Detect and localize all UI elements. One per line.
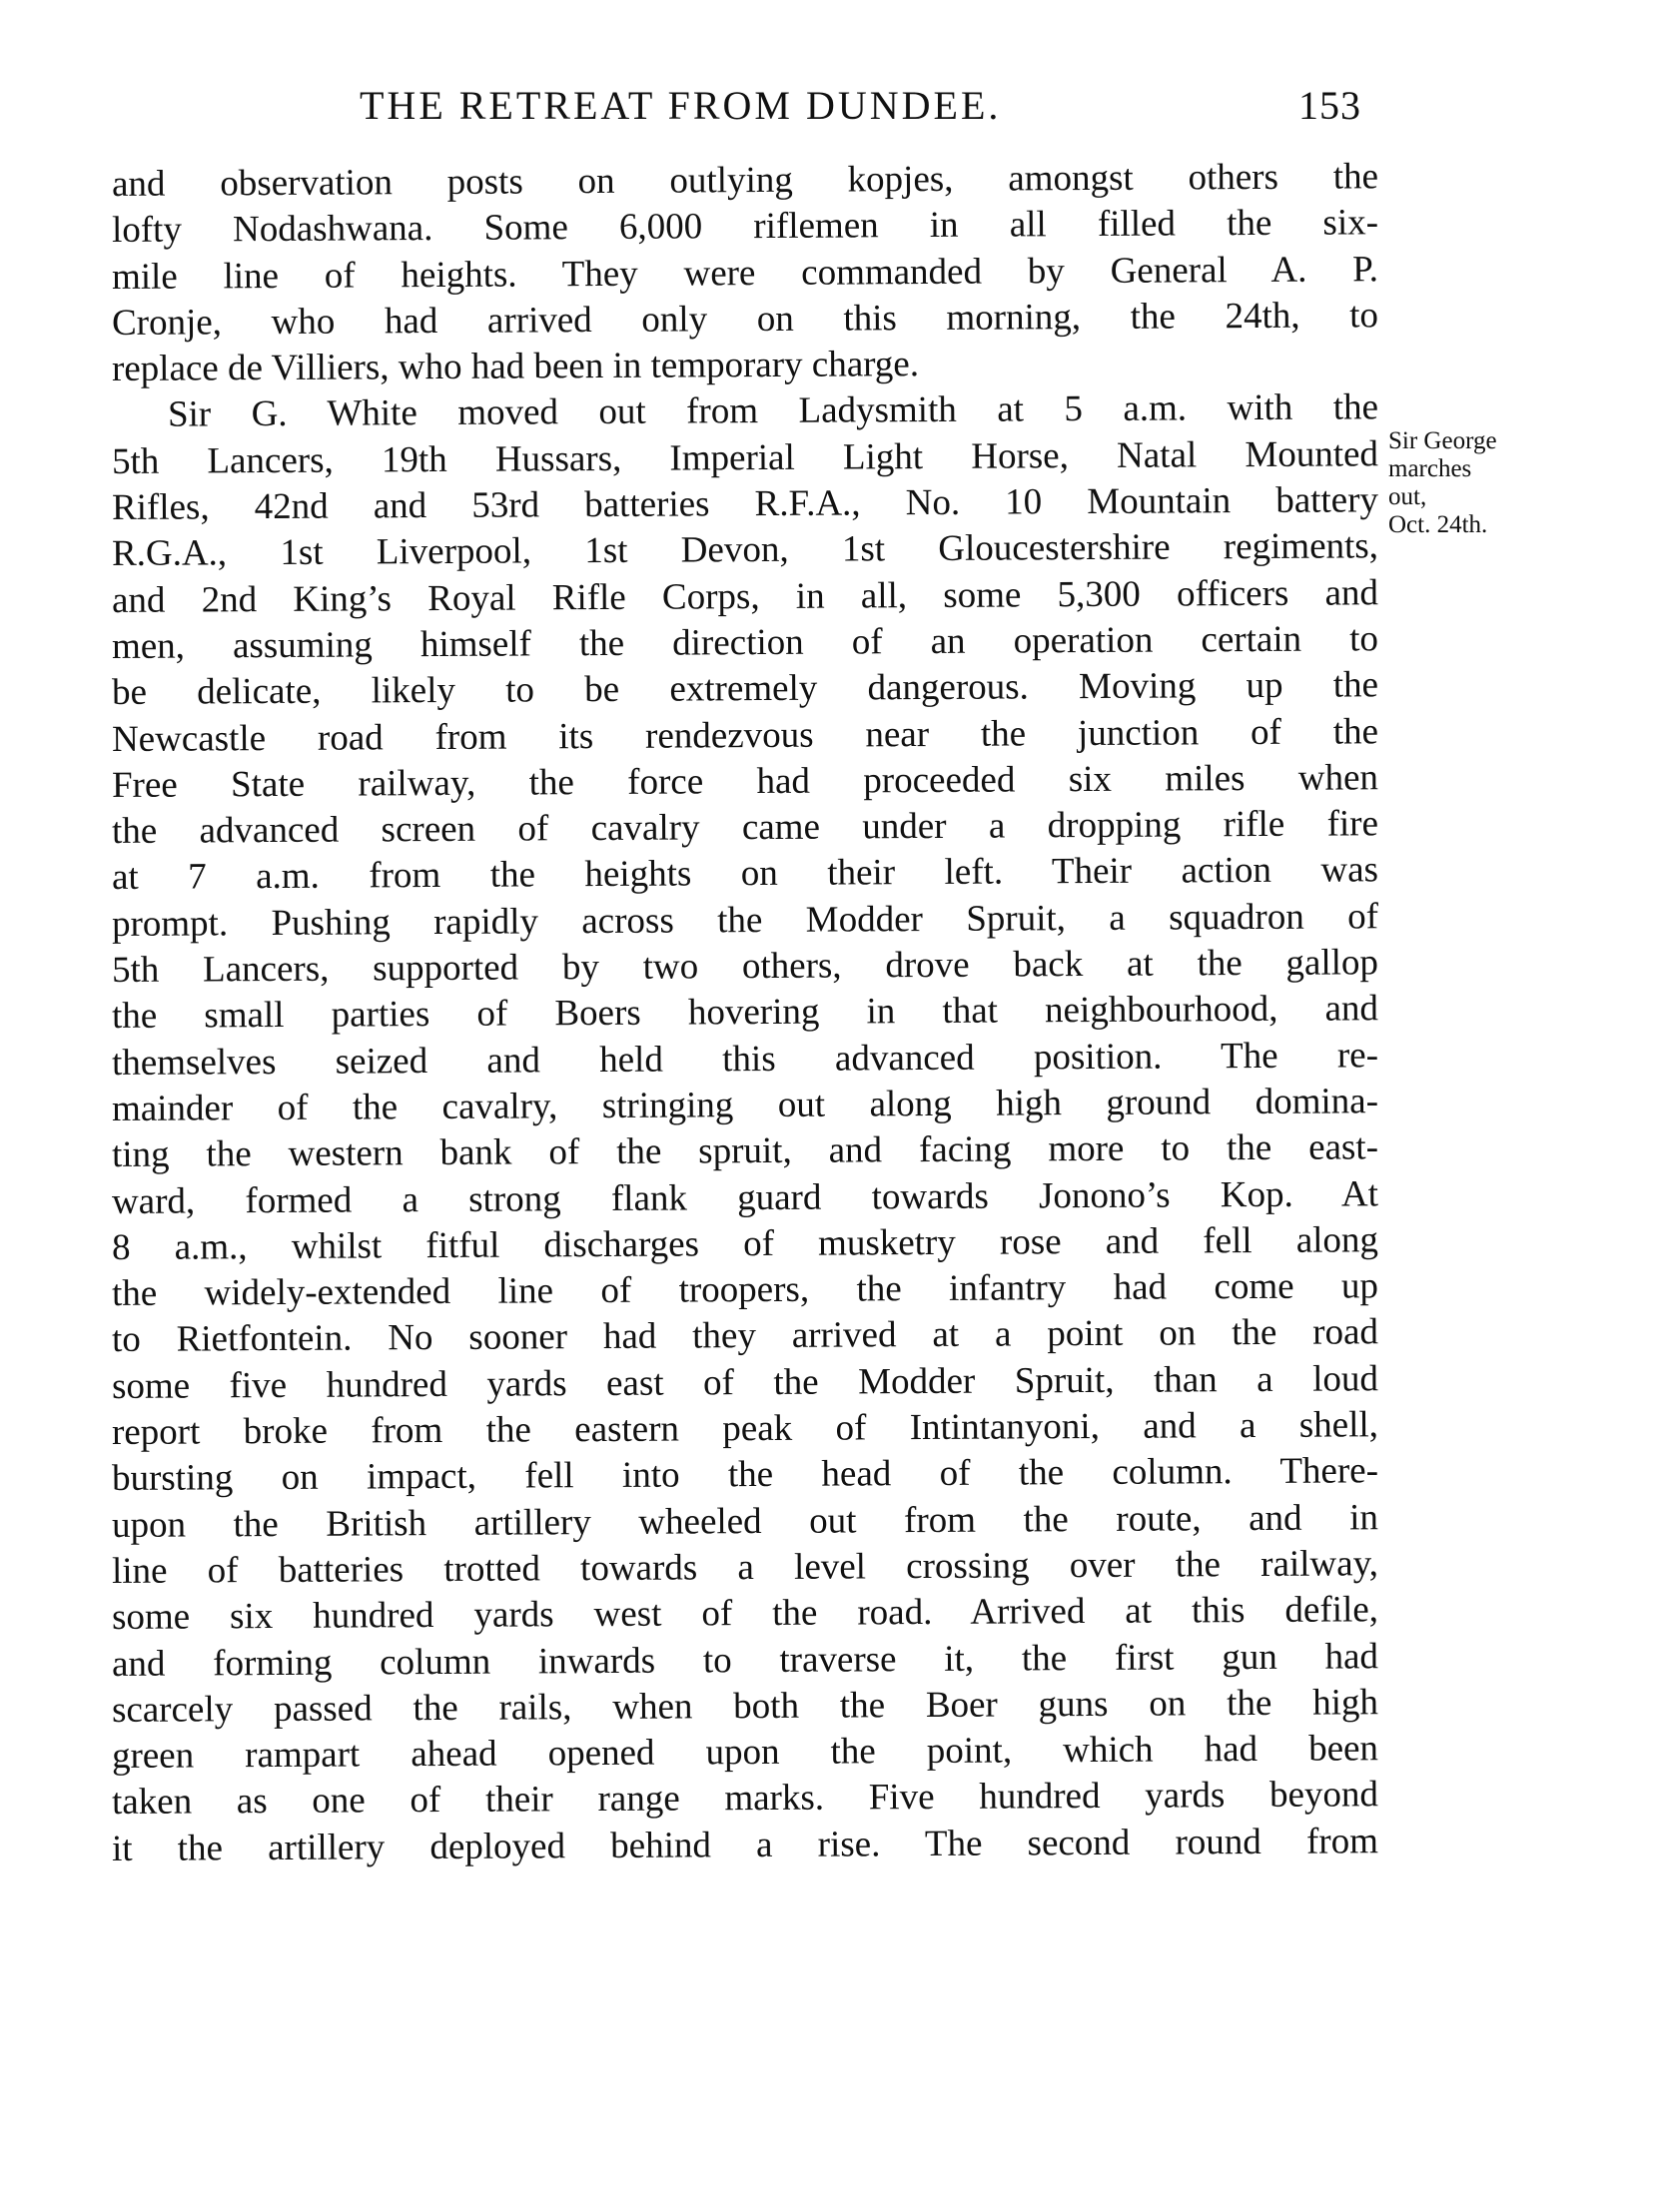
text-line: it the artillery deployed behind a rise.… bbox=[112, 1819, 1378, 1872]
text-line: men, assuming himself the direction of a… bbox=[112, 616, 1378, 670]
text-line: Cronje, who had arrived only on this mor… bbox=[112, 293, 1378, 347]
marginal-note-line: marches bbox=[1388, 455, 1497, 483]
text-line: and 2nd King’s Royal Rifle Corps, in all… bbox=[112, 570, 1378, 624]
text-line: ting the western bank of the spruit, and… bbox=[112, 1124, 1378, 1178]
marginal-note-line: Oct. 24th. bbox=[1388, 511, 1497, 539]
marginal-note-line: out, bbox=[1388, 483, 1497, 511]
text-line: at 7 a.m. from the heights on their left… bbox=[112, 848, 1378, 902]
text-line: R.G.A., 1st Liverpool, 1st Devon, 1st Gl… bbox=[112, 524, 1378, 578]
text-line: prompt. Pushing rapidly across the Modde… bbox=[112, 894, 1378, 948]
text-line: 5th Lancers, 19th Hussars, Imperial Ligh… bbox=[112, 431, 1378, 485]
text-line: taken as one of their range marks. Five … bbox=[112, 1773, 1378, 1827]
page-number: 153 bbox=[1298, 82, 1361, 129]
text-line: lofty Nodashwana. Some 6,000 riflemen in… bbox=[112, 201, 1378, 255]
text-line: mainder of the cavalry, stringing out al… bbox=[112, 1079, 1378, 1132]
book-page: THE RETREAT FROM DUNDEE. 153 Sir George … bbox=[0, 0, 1670, 2212]
text-line: upon the British artillery wheeled out f… bbox=[112, 1495, 1378, 1549]
text-line: 8 a.m., whilst fitful discharges of musk… bbox=[112, 1217, 1378, 1271]
text-line: Rifles, 42nd and 53rd batteries R.F.A., … bbox=[112, 477, 1378, 531]
text-line: the advanced screen of cavalry came unde… bbox=[112, 801, 1378, 855]
text-line: Newcastle road from its rendezvous near … bbox=[112, 709, 1378, 763]
text-line: mile line of heights. They were commande… bbox=[112, 247, 1378, 301]
text-line: replace de Villiers, who had been in tem… bbox=[112, 339, 1378, 392]
running-title: THE RETREAT FROM DUNDEE. bbox=[360, 82, 1001, 129]
text-line: the widely-extended line of troopers, th… bbox=[112, 1263, 1378, 1317]
text-line: 5th Lancers, supported by two others, dr… bbox=[112, 940, 1378, 994]
text-line: and observation posts on outlying kopjes… bbox=[112, 154, 1378, 208]
text-line: ward, formed a strong flank guard toward… bbox=[112, 1171, 1378, 1225]
marginal-note: Sir George marches out, Oct. 24th. bbox=[1388, 427, 1497, 539]
text-line: some six hundred yards west of the road.… bbox=[112, 1587, 1378, 1641]
text-line: green rampart ahead opened upon the poin… bbox=[112, 1726, 1378, 1780]
text-line: some five hundred yards east of the Modd… bbox=[112, 1356, 1378, 1410]
text-line: and forming column inwards to traverse i… bbox=[112, 1634, 1378, 1688]
text-line: bursting on impact, fell into the head o… bbox=[112, 1449, 1378, 1503]
body-text: and observation posts on outlying kopjes… bbox=[112, 162, 1378, 1872]
text-line: the small parties of Boers hovering in t… bbox=[112, 987, 1378, 1041]
text-line: be delicate, likely to be extremely dang… bbox=[112, 663, 1378, 717]
text-line: themselves seized and held this advanced… bbox=[112, 1033, 1378, 1087]
text-line: scarcely passed the rails, when both the… bbox=[112, 1680, 1378, 1734]
text-line: to Rietfontein. No sooner had they arriv… bbox=[112, 1310, 1378, 1364]
text-line: report broke from the eastern peak of In… bbox=[112, 1402, 1378, 1456]
text-line: Free State railway, the force had procee… bbox=[112, 755, 1378, 809]
text-line: Sir G. White moved out from Ladysmith at… bbox=[112, 385, 1378, 439]
text-line: line of batteries trotted towards a leve… bbox=[112, 1541, 1378, 1595]
marginal-note-line: Sir George bbox=[1388, 427, 1497, 455]
